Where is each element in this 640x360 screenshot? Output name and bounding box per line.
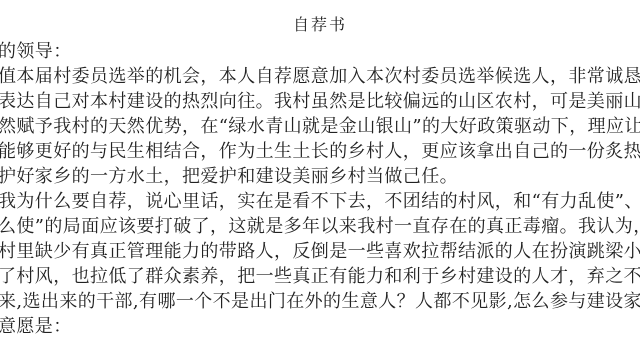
body-line: 意愿是：	[0, 316, 72, 338]
body-line: 我为什么要自荐，说心里话，实在是看不下去，不团结的村风，和“有力乱使”、“	[0, 191, 640, 213]
body-line: 护好家乡的一方水土，把爱护和建设美丽乡村当做己任。	[0, 166, 458, 188]
salutation-line: 的领导：	[0, 41, 72, 63]
body-line: 来,选出来的干部,有哪一个不是出门在外的生意人？人都不见影,怎么参与建设家	[0, 291, 640, 313]
body-line: 村里缺少有真正管理能力的带路人，反倒是一些喜欢拉帮结派的人在扮演跳梁小丑	[0, 241, 640, 263]
body-line: 能够更好的与民生相结合，作为土生土长的乡村人，更应该拿出自己的一份炙热之	[0, 141, 640, 163]
document-title: 自荐书	[0, 14, 640, 36]
body-line: 么使”的局面应该要打破了，这就是多年以来我村一直存在的真正毒瘤。我认为，	[0, 216, 640, 238]
body-line: 值本届村委员选举的机会，本人自荐愿意加入本次村委员选举候选人，非常诚恳的	[0, 66, 640, 88]
document-page: 自荐书 的领导： 值本届村委员选举的机会，本人自荐愿意加入本次村委员选举候选人，…	[0, 0, 640, 360]
body-line: 然赋予我村的天然优势，在“绿水青山就是金山银山”的大好政策驱动下，理应让	[0, 116, 640, 138]
body-line: 了村风，也拉低了群众素养，把一些真正有能力和利于乡村建设的人才，弃之不顾	[0, 266, 640, 288]
body-line: 表达自己对本村建设的热烈向往。我村虽然是比较偏远的山区农村，可是美丽山水	[0, 91, 640, 113]
